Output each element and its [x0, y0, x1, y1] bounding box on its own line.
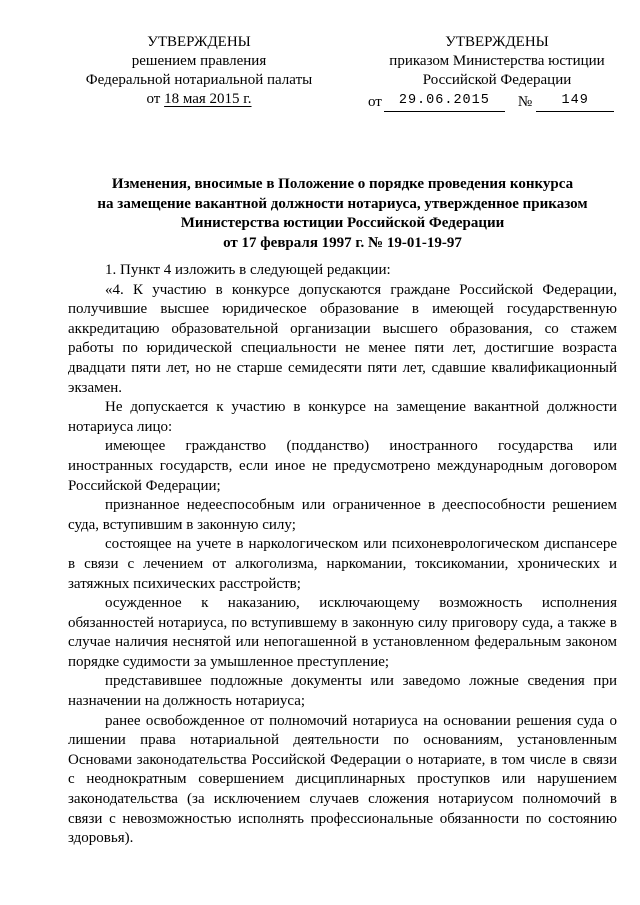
- document-body: 1. Пункт 4 изложить в следующей редакции…: [68, 261, 617, 849]
- approval-right-date-prefix: от: [368, 93, 382, 112]
- body-paragraph-5: признанное недееспособным или ограниченн…: [68, 496, 617, 535]
- approval-left-line2: решением правления: [64, 52, 334, 71]
- approval-right-line2: приказом Министерства юстиции: [368, 52, 626, 71]
- approval-right-number-sign: №: [518, 93, 532, 112]
- approval-left-title: УТВЕРЖДЕНЫ: [64, 33, 334, 52]
- approval-left-line3: Федеральной нотариальной палаты: [64, 71, 334, 90]
- body-paragraph-1: 1. Пункт 4 изложить в следующей редакции…: [68, 261, 617, 281]
- approval-header: УТВЕРЖДЕНЫ решением правления Федерально…: [0, 33, 640, 112]
- body-paragraph-3: Не допускается к участию в конкурсе на з…: [68, 398, 617, 437]
- approval-left-date-line: от 18 мая 2015 г.: [64, 90, 334, 109]
- document-title-line-4: от 17 февраля 1997 г. № 19-01-19-97: [68, 234, 617, 254]
- document-page: УТВЕРЖДЕНЫ решением правления Федерально…: [0, 0, 640, 905]
- body-paragraph-4: имеющее гражданство (подданство) иностра…: [68, 437, 617, 496]
- approval-left-date-prefix: от: [146, 91, 164, 107]
- body-paragraph-6: состоящее на учете в наркологическом или…: [68, 535, 617, 594]
- document-title: Изменения, вносимые в Положение о порядк…: [68, 175, 617, 253]
- document-title-line-2: на замещение вакантной должности нотариу…: [68, 195, 617, 215]
- body-paragraph-9: ранее освобожденное от полномочий нотари…: [68, 712, 617, 849]
- document-title-line-1: Изменения, вносимые в Положение о порядк…: [68, 175, 617, 195]
- approval-block-minjust: УТВЕРЖДЕНЫ приказом Министерства юстиции…: [368, 33, 626, 112]
- body-paragraph-7: осужденное к наказанию, исключающему воз…: [68, 594, 617, 672]
- document-title-line-3: Министерства юстиции Российской Федераци…: [68, 214, 617, 234]
- body-paragraph-8: представившее подложные документы или за…: [68, 672, 617, 711]
- approval-block-fnp: УТВЕРЖДЕНЫ решением правления Федерально…: [64, 33, 334, 112]
- approval-right-date-value: 29.06.2015: [384, 91, 505, 112]
- approval-right-line3: Российской Федерации: [368, 71, 626, 90]
- approval-right-number-value: 149: [536, 91, 614, 112]
- approval-left-date-value: 18 мая 2015 г.: [164, 91, 251, 107]
- approval-right-date-line: от 29.06.2015 № 149: [368, 91, 626, 112]
- approval-right-title: УТВЕРЖДЕНЫ: [368, 33, 626, 52]
- body-paragraph-2: «4. К участию в конкурсе допускаются гра…: [68, 281, 617, 399]
